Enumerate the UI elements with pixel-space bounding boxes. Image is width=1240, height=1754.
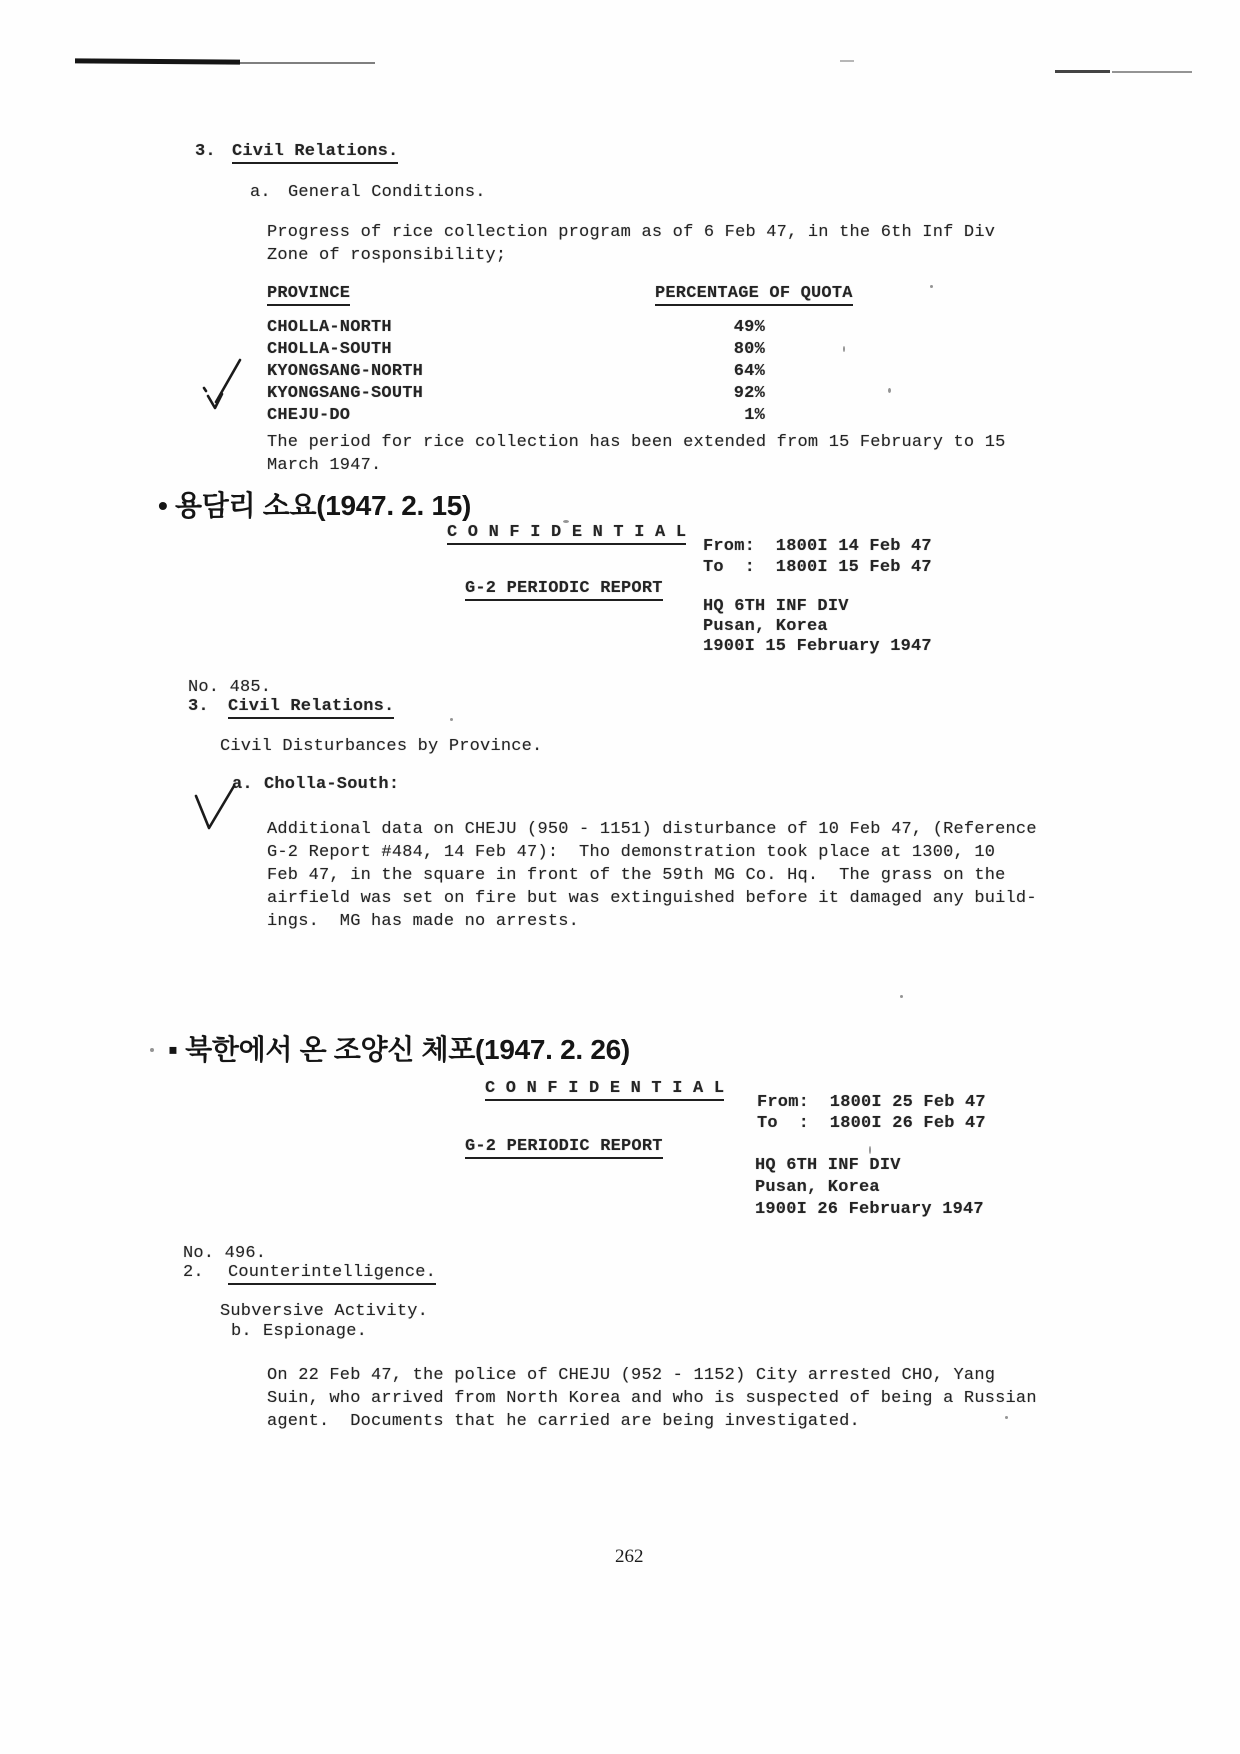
- body-paragraph: Additional data on CHEJU (950 - 1151) di…: [267, 818, 1037, 933]
- from-to-block: From: 1800I 25 Feb 47 To : 1800I 26 Feb …: [757, 1092, 986, 1134]
- hq-address-block: HQ 6TH INF DIV Pusan, Korea 1900I 26 Feb…: [755, 1155, 984, 1221]
- from-to-block: From: 1800I 14 Feb 47 To : 1800I 15 Feb …: [703, 536, 932, 578]
- table-cell-pct: 92%: [640, 384, 765, 403]
- scan-speck: [1005, 1416, 1008, 1419]
- scan-speck: [888, 388, 891, 393]
- table-header-province: PROVINCE: [267, 284, 350, 306]
- scan-speck: [450, 718, 453, 721]
- hq-address-block: HQ 6TH INF DIV Pusan, Korea 1900I 15 Feb…: [703, 597, 932, 657]
- korean-annotation: • 용담리 소요(1947. 2. 15): [158, 484, 471, 524]
- section-heading: Civil Relations.: [228, 697, 394, 719]
- scan-artifact-line: [1055, 70, 1110, 73]
- section-number: 3.: [195, 142, 216, 161]
- table-header-percentage: PERCENTAGE OF QUOTA: [655, 284, 853, 306]
- handwritten-checkmark-icon: [192, 784, 240, 834]
- scan-artifact-line: [1112, 71, 1192, 73]
- item-heading: Cholla-South:: [264, 775, 399, 794]
- handwritten-checkmark-icon: [196, 356, 248, 412]
- item-label: b.: [231, 1322, 252, 1341]
- section-number: 3.: [188, 697, 209, 716]
- subsection-heading: Civil Disturbances by Province.: [220, 737, 542, 756]
- scan-speck: [900, 995, 903, 998]
- table-row: KYONGSANG-SOUTH: [267, 384, 423, 403]
- scan-artifact-line: [840, 60, 854, 62]
- table-row: KYONGSANG-NORTH: [267, 362, 423, 381]
- item-heading: Espionage.: [263, 1322, 367, 1341]
- intro-paragraph: Progress of rice collection program as o…: [267, 221, 995, 267]
- korean-annotation: ▪ 북한에서 온 조양신 체포(1947. 2. 26): [168, 1028, 630, 1068]
- page-number: 262: [615, 1546, 644, 1568]
- scan-artifact-line: [225, 62, 375, 64]
- report-number: No. 496.: [183, 1244, 266, 1263]
- item-label: a.: [250, 183, 271, 202]
- section-heading: Civil Relations.: [232, 142, 398, 164]
- scanned-document-page: 3. Civil Relations. a. General Condition…: [0, 0, 1240, 1754]
- section-number: 2.: [183, 1263, 204, 1282]
- table-row: CHOLLA-NORTH: [267, 318, 392, 337]
- table-cell-pct: 64%: [640, 362, 765, 381]
- classification-stamp: C O N F I D E N T I A L: [447, 523, 686, 545]
- table-row: CHEJU-DO: [267, 406, 350, 425]
- item-heading: General Conditions.: [288, 183, 486, 202]
- scan-speck: [563, 520, 569, 523]
- section-heading: Counterintelligence.: [228, 1263, 436, 1285]
- scan-artifact-line: [75, 58, 240, 64]
- scan-speck: [150, 1048, 154, 1052]
- scan-speck: [869, 1146, 871, 1154]
- subsection-heading: Subversive Activity.: [220, 1302, 428, 1321]
- report-title: G-2 PERIODIC REPORT: [465, 579, 663, 601]
- classification-stamp: C O N F I D E N T I A L: [485, 1079, 724, 1101]
- report-number: No. 485.: [188, 678, 271, 697]
- table-cell-pct: 1%: [640, 406, 765, 425]
- scan-speck: [843, 346, 845, 352]
- table-row: CHOLLA-SOUTH: [267, 340, 392, 359]
- body-paragraph: On 22 Feb 47, the police of CHEJU (952 -…: [267, 1364, 1037, 1433]
- table-cell-pct: 80%: [640, 340, 765, 359]
- scan-speck: [930, 285, 933, 288]
- table-cell-pct: 49%: [640, 318, 765, 337]
- section-heading-text: Civil Relations.: [232, 142, 398, 164]
- note-paragraph: The period for rice collection has been …: [267, 431, 1006, 477]
- report-title: G-2 PERIODIC REPORT: [465, 1137, 663, 1159]
